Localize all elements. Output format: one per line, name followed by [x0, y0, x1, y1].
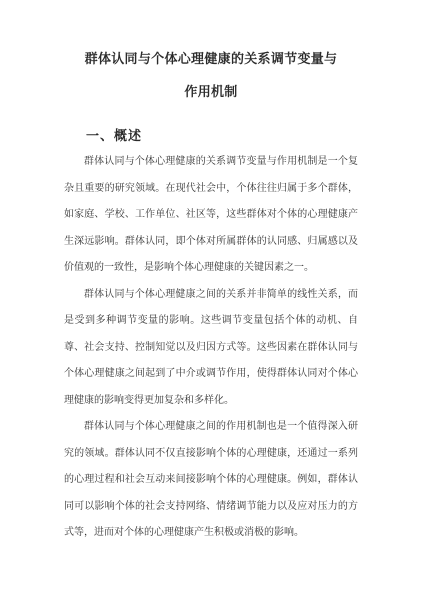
document-title: 群体认同与个体心理健康的关系调节变量与 作用机制 [64, 42, 358, 108]
document-title-line2: 作用机制 [184, 84, 237, 99]
paragraph-3: 群体认同与个体心理健康之间的作用机制也是一个值得深入研究的领域。群体认同不仅直接… [64, 414, 358, 547]
paragraph-1: 群体认同与个体心理健康的关系调节变量与作用机制是一个复杂且重要的研究领域。在现代… [64, 149, 358, 282]
document-title-line1: 群体认同与个体心理健康的关系调节变量与 [85, 51, 338, 66]
section-heading-overview: 一、概述 [64, 122, 358, 149]
document-page: 群体认同与个体心理健康的关系调节变量与 作用机制 一、概述 群体认同与个体心理健… [0, 0, 424, 600]
paragraph-2: 群体认同与个体心理健康之间的关系并非简单的线性关系，而是受到多种调节变量的影响。… [64, 282, 358, 415]
